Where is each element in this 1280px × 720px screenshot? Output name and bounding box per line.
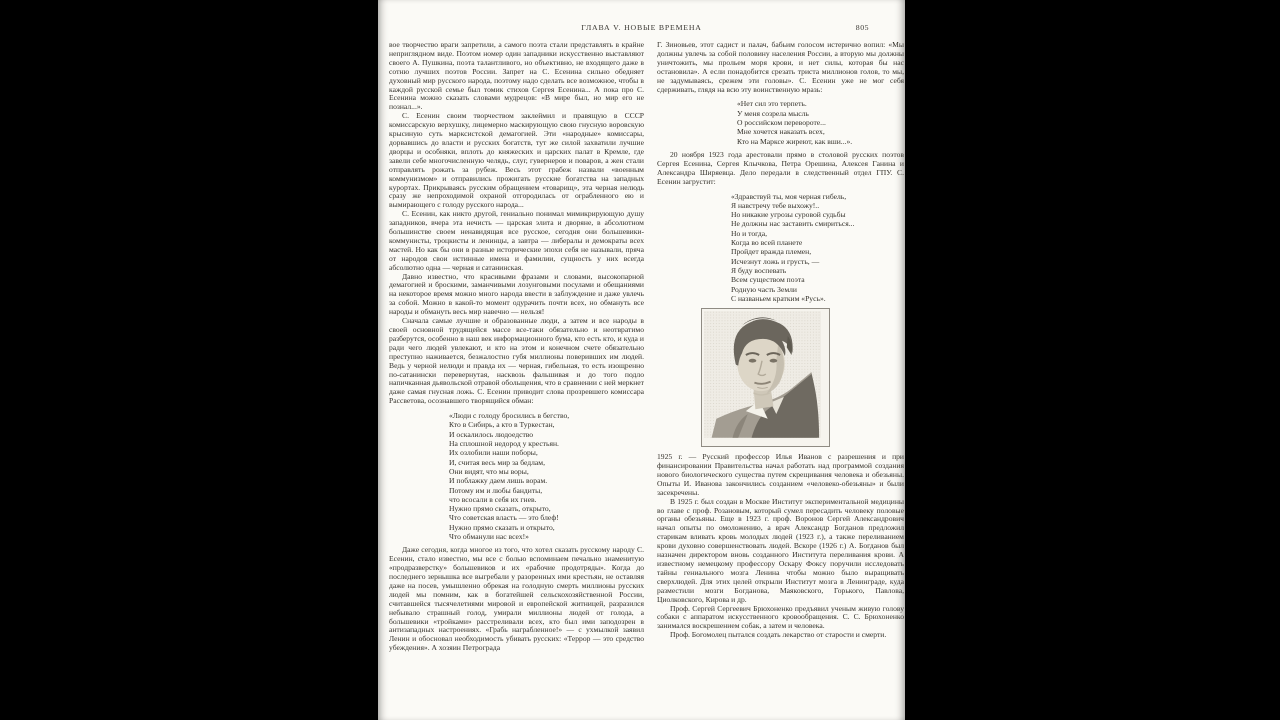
left-paragraph-5: Сначала самые лучшие и образованные люди… — [389, 317, 644, 406]
chapter-header: ГЛАВА V. НОВЫЕ ВРЕМЕНА — [378, 23, 905, 32]
left-column: вое творчество враги запретили, а самого… — [389, 41, 644, 653]
right-paragraph-3: 1925 г. — Русский профессор Илья Иванов … — [657, 453, 904, 498]
viewer-background: ГЛАВА V. НОВЫЕ ВРЕМЕНА 805 вое творчеств… — [0, 0, 1280, 720]
poem-rassvetov: «Люди с голоду бросились в бегство, Кто … — [449, 411, 644, 541]
left-paragraph-4: Давно известно, что красивыми фразами и … — [389, 273, 644, 318]
yesenin-portrait-image — [704, 311, 821, 438]
right-paragraph-5: Проф. Сергей Сергеевич Брюхоненко предъя… — [657, 605, 904, 632]
right-paragraph-4: В 1925 г. был создан в Москве Институт э… — [657, 498, 904, 605]
left-paragraph-3: С. Есенин, как никто другой, гениально п… — [389, 210, 644, 272]
left-paragraph-2: С. Есенин своим творчеством заклеймил и … — [389, 112, 644, 210]
page-number: 805 — [856, 23, 869, 32]
left-paragraph-6: Даже сегодня, когда многое из того, что … — [389, 546, 644, 653]
portrait-photo — [701, 308, 830, 447]
book-page: ГЛАВА V. НОВЫЕ ВРЕМЕНА 805 вое творчеств… — [378, 0, 905, 720]
poem-net-sil: «Нет сил это терпеть. У меня созрела мыс… — [737, 99, 904, 145]
left-paragraph-1: вое творчество враги запретили, а самого… — [389, 41, 644, 112]
right-paragraph-1: Г. Зиновьев, этот садист и палач, бабьим… — [657, 41, 904, 94]
poem-chernaya-gibel: «Здравствуй ты, моя черная гибель, Я нав… — [731, 192, 904, 304]
right-column: Г. Зиновьев, этот садист и палач, бабьим… — [657, 41, 904, 640]
right-paragraph-6: Проф. Богомолец пытался создать лекарств… — [657, 631, 904, 640]
right-paragraph-2: 20 ноября 1923 года арестовали прямо в с… — [657, 151, 904, 187]
